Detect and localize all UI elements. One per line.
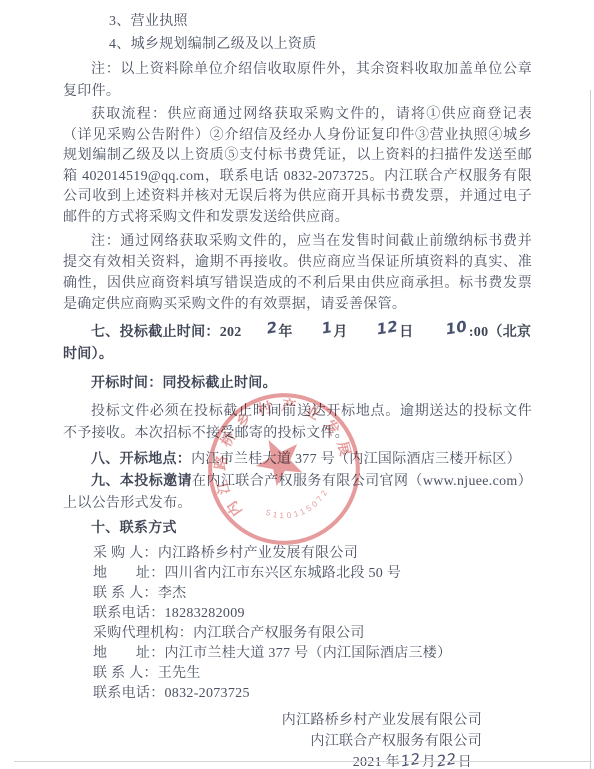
note-materials: 注：以上资料除单位介绍信收取原件外，其余资料收取加盖单位公章复印件。 [63, 59, 532, 103]
contact-value: 内江联合产权服务有限公司 [193, 626, 365, 641]
contact-label: 采购代理机构： [93, 626, 193, 641]
note-network-paragraph: 注：通过网络获取采购文件的，应当在发售时间截止前缴纳标书费并提交有效相关资料，逾… [63, 231, 532, 315]
document-body: 3、营业执照 4、城乡规划编制乙级及以上资质 注：以上资料除单位介绍信收取原件外… [63, 10, 532, 769]
contact-value: 李杰 [158, 586, 187, 601]
list-item-planning-qualification: 4、城乡规划编制乙级及以上资质 [63, 33, 532, 56]
contact-value: 内江市兰桂大道 377 号（内江国际酒店三楼） [165, 646, 452, 661]
section-contact-heading: 十、联系方式 [63, 518, 532, 540]
contact-label: 采 购 人： [93, 546, 158, 561]
contact-label: 联系电话： [93, 686, 165, 701]
bid-deadline-time-handwritten: 10 [417, 319, 468, 342]
contact-row-purchaser-phone: 联系电话：18283282009 [63, 604, 532, 624]
signature-company-2: 内江联合产权服务有限公司 [63, 731, 532, 752]
bid-deadline-label: 七、投标截止时间： [91, 325, 220, 340]
contact-row-agency: 采购代理机构：内江联合产权服务有限公司 [63, 624, 532, 644]
bid-deadline-year-handwritten: 2 [238, 320, 279, 341]
delivery-note-paragraph: 投标文件必须在投标截止时间前送达开标地点。逾期送达的投标文件不予接收。本次招标不… [63, 401, 532, 444]
contact-row-purchaser: 采 购 人：内江路桥乡村产业发展有限公司 [63, 544, 532, 564]
contact-list: 采 购 人：内江路桥乡村产业发展有限公司 地 址：四川省内江市东兴区东城路北段 … [63, 544, 532, 704]
acquisition-process-paragraph: 获取流程：供应商通过网络获取采购文件的，请将①供应商登记表（详见采购公告附件）②… [63, 105, 532, 228]
contact-value: 王先生 [158, 666, 201, 681]
announcement-label: 九、本投标邀请 [91, 474, 192, 489]
open-location-value: 内江市兰桂大道 377 号（内江国际酒店三楼开标区） [191, 452, 521, 467]
bid-deadline-month-unit: 月 [333, 325, 347, 340]
contact-row-agency-person: 联 系 人：王先生 [63, 664, 532, 684]
contact-value: 内江路桥乡村产业发展有限公司 [158, 546, 358, 561]
contact-label: 地 址： [93, 646, 165, 661]
page-edge-right [590, 90, 591, 769]
bid-deadline-day-unit: 日 [399, 325, 413, 340]
contact-label: 联 系 人： [93, 586, 158, 601]
contact-value: 18283282009 [165, 606, 245, 621]
contact-value: 0832-2073725 [165, 686, 250, 701]
signature-company-1: 内江路桥乡村产业发展有限公司 [63, 710, 532, 731]
section-open-time: 开标时间：同投标截止时间。 [63, 373, 532, 395]
open-location-label: 八、开标地点： [91, 452, 191, 467]
contact-row-purchaser-address: 地 址：四川省内江市东兴区东城路北段 50 号 [63, 564, 532, 584]
section-open-location: 八、开标地点：内江市兰桂大道 377 号（内江国际酒店三楼开标区） [63, 449, 532, 471]
contact-label: 联 系 人： [93, 666, 158, 681]
list-item-business-license: 3、营业执照 [63, 10, 532, 33]
bid-deadline-day-handwritten: 12 [348, 319, 399, 342]
contact-row-purchaser-person: 联 系 人：李杰 [63, 584, 532, 604]
bid-deadline-month-handwritten: 1 [293, 320, 334, 341]
contact-row-agency-phone: 联系电话：0832-2073725 [63, 684, 532, 704]
contact-value: 四川省内江市东兴区东城路北段 50 号 [165, 566, 402, 581]
page-edge-bottom [14, 761, 592, 762]
section-announcement: 九、本投标邀请在内江联合产权服务有限公司官网（www.njuee.com）上以公… [63, 471, 532, 514]
signature-date-day-unit: 日 [458, 755, 472, 769]
bid-deadline-year-unit: 年 [278, 325, 292, 340]
section-bid-deadline: 七、投标截止时间：2022年1月12日 10:00（北京时间）。 [63, 322, 532, 366]
signature-date-year: 2021 年 [353, 755, 400, 769]
contact-label: 地 址： [93, 566, 165, 581]
contact-row-agency-address: 地 址：内江市兰桂大道 377 号（内江国际酒店三楼） [63, 644, 532, 664]
contact-label: 联系电话： [93, 606, 165, 621]
signature-date-month-unit: 月 [422, 755, 436, 769]
